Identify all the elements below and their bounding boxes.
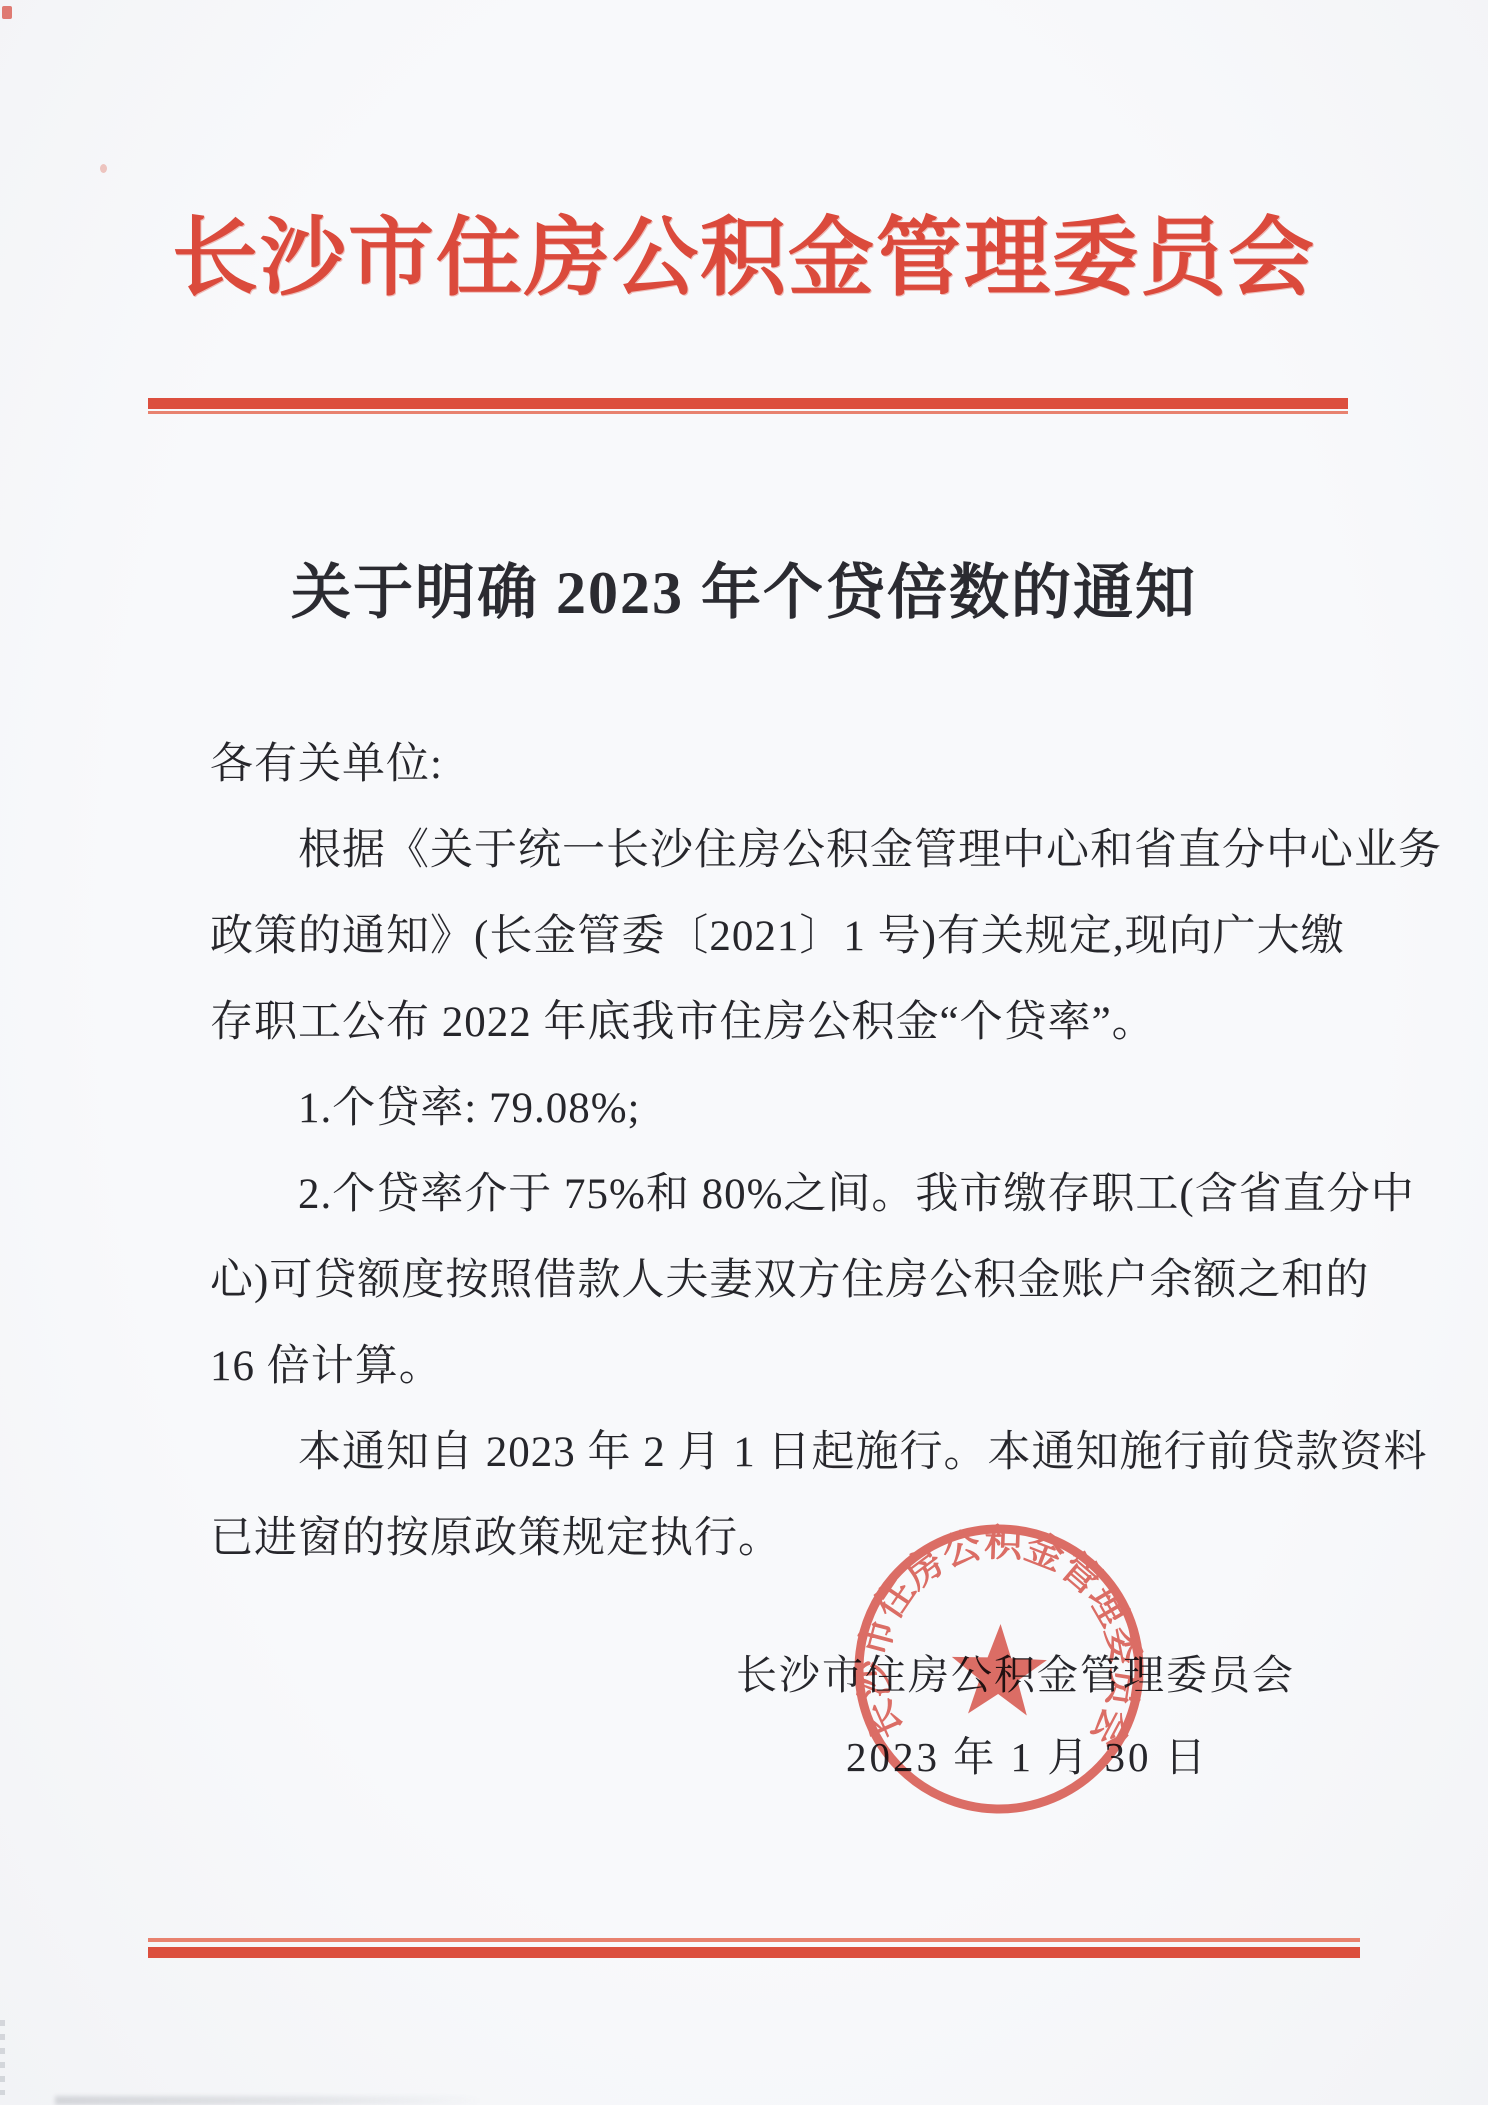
document-title: 关于明确 2023 年个贷倍数的通知 [0, 545, 1488, 631]
seal-star-icon [950, 1622, 1048, 1716]
scan-ink-speck [100, 164, 107, 173]
body-text-line: 2.个贷率介于 75%和 80%之间。我市缴存职工(含省直分中 [210, 1152, 1326, 1238]
separator-thick-line [148, 1947, 1360, 1958]
separator-thin-line [148, 1938, 1360, 1942]
body-text-line: 1.个贷率: 79.08%; [210, 1066, 1326, 1152]
footer-separator-line [148, 1938, 1360, 1958]
official-seal: 长沙市住房公积金管理委员会 [841, 1511, 1157, 1827]
body-text-line: 政策的通知》(长金管委〔2021〕1 号)有关规定,现向广大缴 [210, 894, 1326, 980]
letterhead-title: 长沙市住房公积金管理委员会 [0, 188, 1488, 312]
document-page: 长沙市住房公积金管理委员会 关于明确 2023 年个贷倍数的通知 各有关单位:根… [0, 0, 1488, 2105]
separator-thin-line [148, 411, 1348, 414]
separator-thick-line [148, 398, 1348, 409]
scan-artifact [0, 2020, 5, 2095]
body-text-line: 本通知自 2023 年 2 月 1 日起施行。本通知施行前贷款资料 [210, 1410, 1326, 1496]
body-text-line: 心)可贷额度按照借款人夫妻双方住房公积金账户余额之和的 [210, 1238, 1326, 1324]
body-text-line: 16 倍计算。 [210, 1324, 1326, 1410]
body-text-line: 根据《关于统一长沙住房公积金管理中心和省直分中心业务 [210, 808, 1326, 894]
body-text-line: 各有关单位: [210, 722, 1326, 808]
document-body: 各有关单位:根据《关于统一长沙住房公积金管理中心和省直分中心业务政策的通知》(长… [210, 722, 1326, 1582]
scan-artifact [55, 2096, 485, 2105]
body-text-line: 已进窗的按原政策规定执行。 [210, 1496, 1326, 1582]
body-text-line: 存职工公布 2022 年底我市住房公积金“个贷率”。 [210, 980, 1326, 1066]
header-separator-line [148, 398, 1348, 414]
scan-ink-speck [2, 6, 12, 19]
